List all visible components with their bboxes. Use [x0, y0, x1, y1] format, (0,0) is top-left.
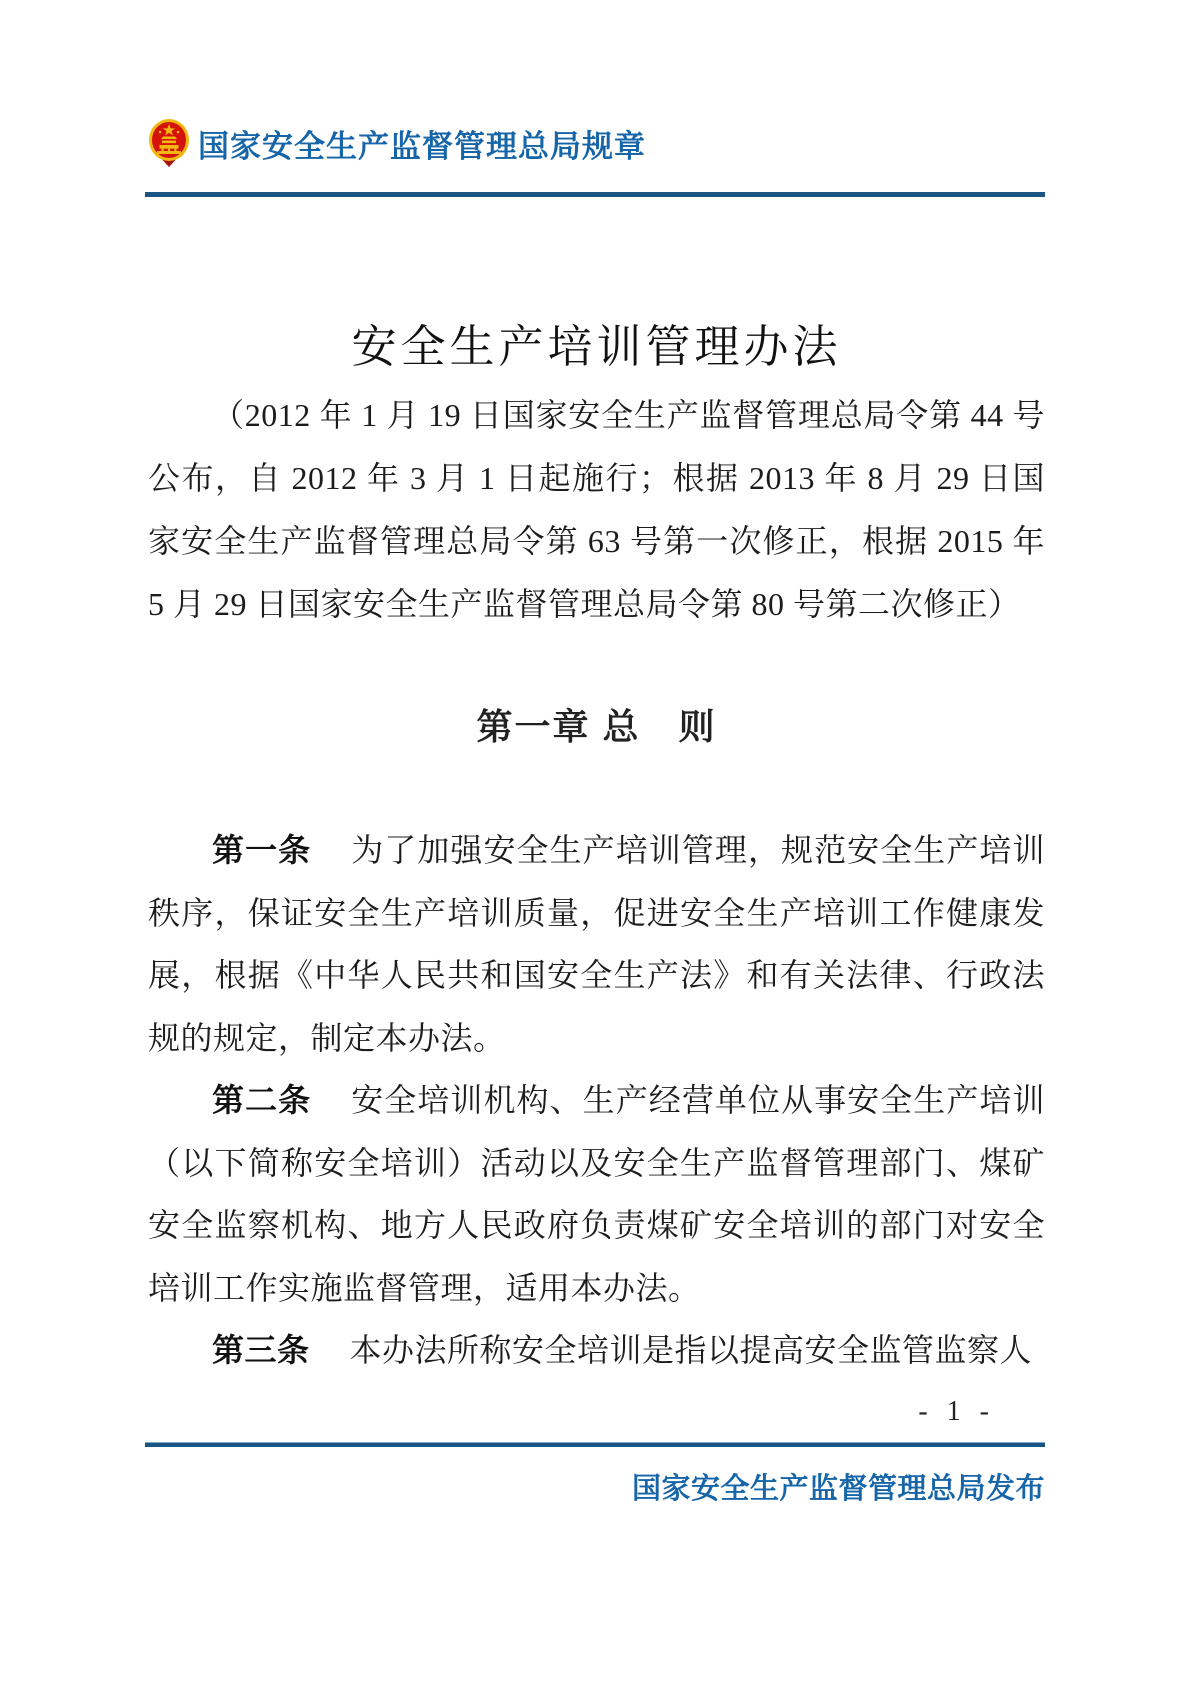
page-number: - 1 -	[918, 1396, 995, 1428]
chapter-heading: 第一章 总 则	[148, 704, 1045, 750]
china-national-emblem-icon	[148, 118, 190, 168]
document-page: 国家安全生产监督管理总局规章 安全生产培训管理办法 （2012 年 1 月 19…	[0, 0, 1190, 1683]
article-number: 第一条	[212, 832, 311, 868]
article-paragraph-3: 第三条本办法所称安全培训是指以提高安全监管监察人	[148, 1319, 1045, 1382]
header-divider	[145, 192, 1045, 197]
document-title: 安全生产培训管理办法	[148, 320, 1045, 374]
document-body: 第一条为了加强安全生产培训管理，规范安全生产培训秩序，保证安全生产培训质量，促进…	[148, 819, 1045, 1382]
preamble-paragraph: （2012 年 1 月 19 日国家安全生产监督管理总局令第 44 号公布，自 …	[148, 384, 1045, 636]
agency-title: 国家安全生产监督管理总局规章	[198, 121, 646, 166]
article-number: 第二条	[212, 1082, 311, 1118]
publisher-label: 国家安全生产监督管理总局发布	[632, 1466, 1045, 1507]
page-header: 国家安全生产监督管理总局规章	[148, 118, 1045, 168]
article-paragraph-1: 第一条为了加强安全生产培训管理，规范安全生产培训秩序，保证安全生产培训质量，促进…	[148, 819, 1045, 1069]
footer-divider	[145, 1442, 1045, 1447]
article-paragraph-2: 第二条安全培训机构、生产经营单位从事安全生产培训（以下简称安全培训）活动以及安全…	[148, 1069, 1045, 1319]
article-text: 本办法所称安全培训是指以提高安全监管监察人	[350, 1332, 1033, 1368]
article-number: 第三条	[212, 1332, 310, 1368]
